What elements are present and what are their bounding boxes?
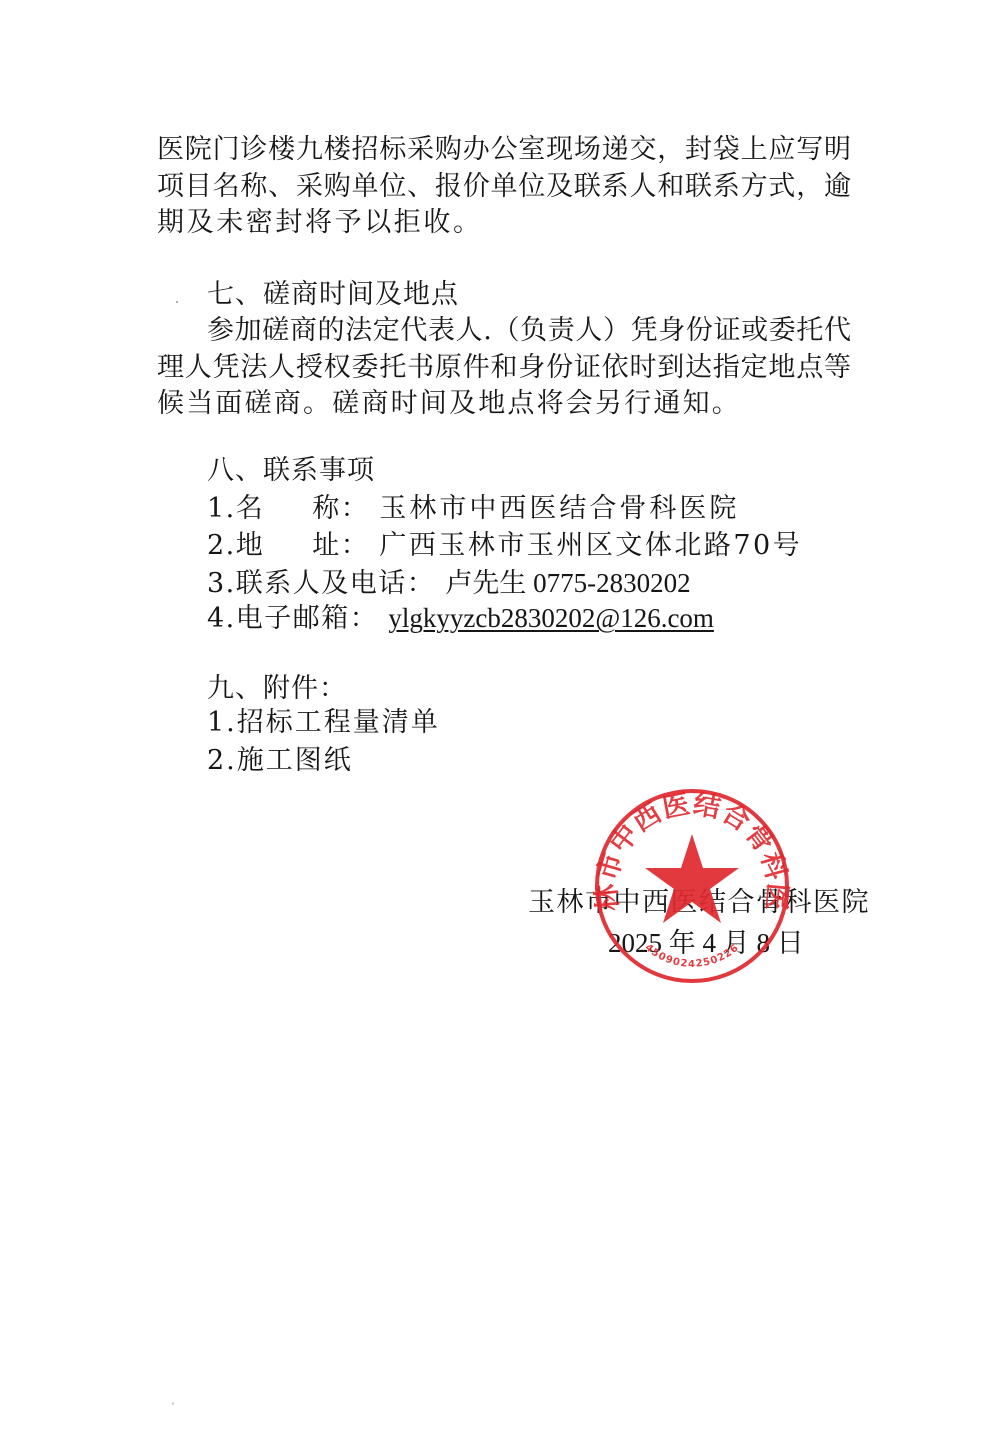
signature-organization: 玉林市中西医结合骨科医院	[528, 885, 870, 921]
item-value: 广西玉林市玉州区文体北路70号	[379, 530, 802, 561]
paragraph-line: 期及未密封将予以拒收。	[157, 205, 483, 241]
section-heading-8: 八、联系事项	[207, 453, 375, 489]
paragraph-line: 理人凭法人授权委托书原件和身份证依时到达指定地点等	[157, 350, 851, 386]
paragraph-line: 项目名称、采购单位、报价单位及联系人和联系方式，逾	[157, 169, 851, 205]
item-label: 址：	[312, 530, 369, 561]
contact-item-email: 4.电子邮箱： ylgkyyzcb2830202@126.com	[207, 600, 714, 637]
item-value: 玉林市中西医结合骨科医院	[379, 493, 739, 524]
attachment-item: 2.施工图纸	[207, 743, 353, 779]
attachment-item: 1.招标工程量清单	[207, 705, 440, 741]
item-label: 3.联系人及电话：	[207, 568, 435, 599]
item-label: 4.电子邮箱：	[207, 603, 378, 634]
item-label: 称：	[312, 493, 369, 524]
item-value: 卢先生 0775-2830202	[445, 568, 690, 598]
contact-item-address: 2.地址： 广西玉林市玉州区文体北路70号	[207, 528, 802, 564]
paragraph-line: 候当面磋商。磋商时间及地点将会另行通知。	[157, 386, 741, 422]
item-label: 2.地	[207, 530, 264, 561]
paragraph-line: 参加磋商的法定代表人.（负责人）凭身份证或委托代	[207, 313, 851, 349]
contact-item-phone: 3.联系人及电话： 卢先生 0775-2830202	[207, 565, 691, 602]
paragraph-line: 医院门诊楼九楼招标采购办公室现场递交，封袋上应写明	[157, 132, 851, 168]
section-heading-7: 七、磋商时间及地点	[207, 277, 459, 313]
signature-date: 2025 年 4 月 8 日	[608, 925, 804, 961]
scan-speck	[176, 301, 178, 303]
document-page: 医院门诊楼九楼招标采购办公室现场递交，封袋上应写明 项目名称、采购单位、报价单位…	[0, 0, 1000, 1438]
item-label: 1.名	[207, 493, 264, 524]
contact-item-name: 1.名称： 玉林市中西医结合骨科医院	[207, 491, 739, 527]
email-link[interactable]: ylgkyyzcb2830202@126.com	[388, 603, 714, 633]
section-heading-9: 九、附件：	[207, 671, 347, 707]
scan-speck	[172, 1402, 174, 1405]
